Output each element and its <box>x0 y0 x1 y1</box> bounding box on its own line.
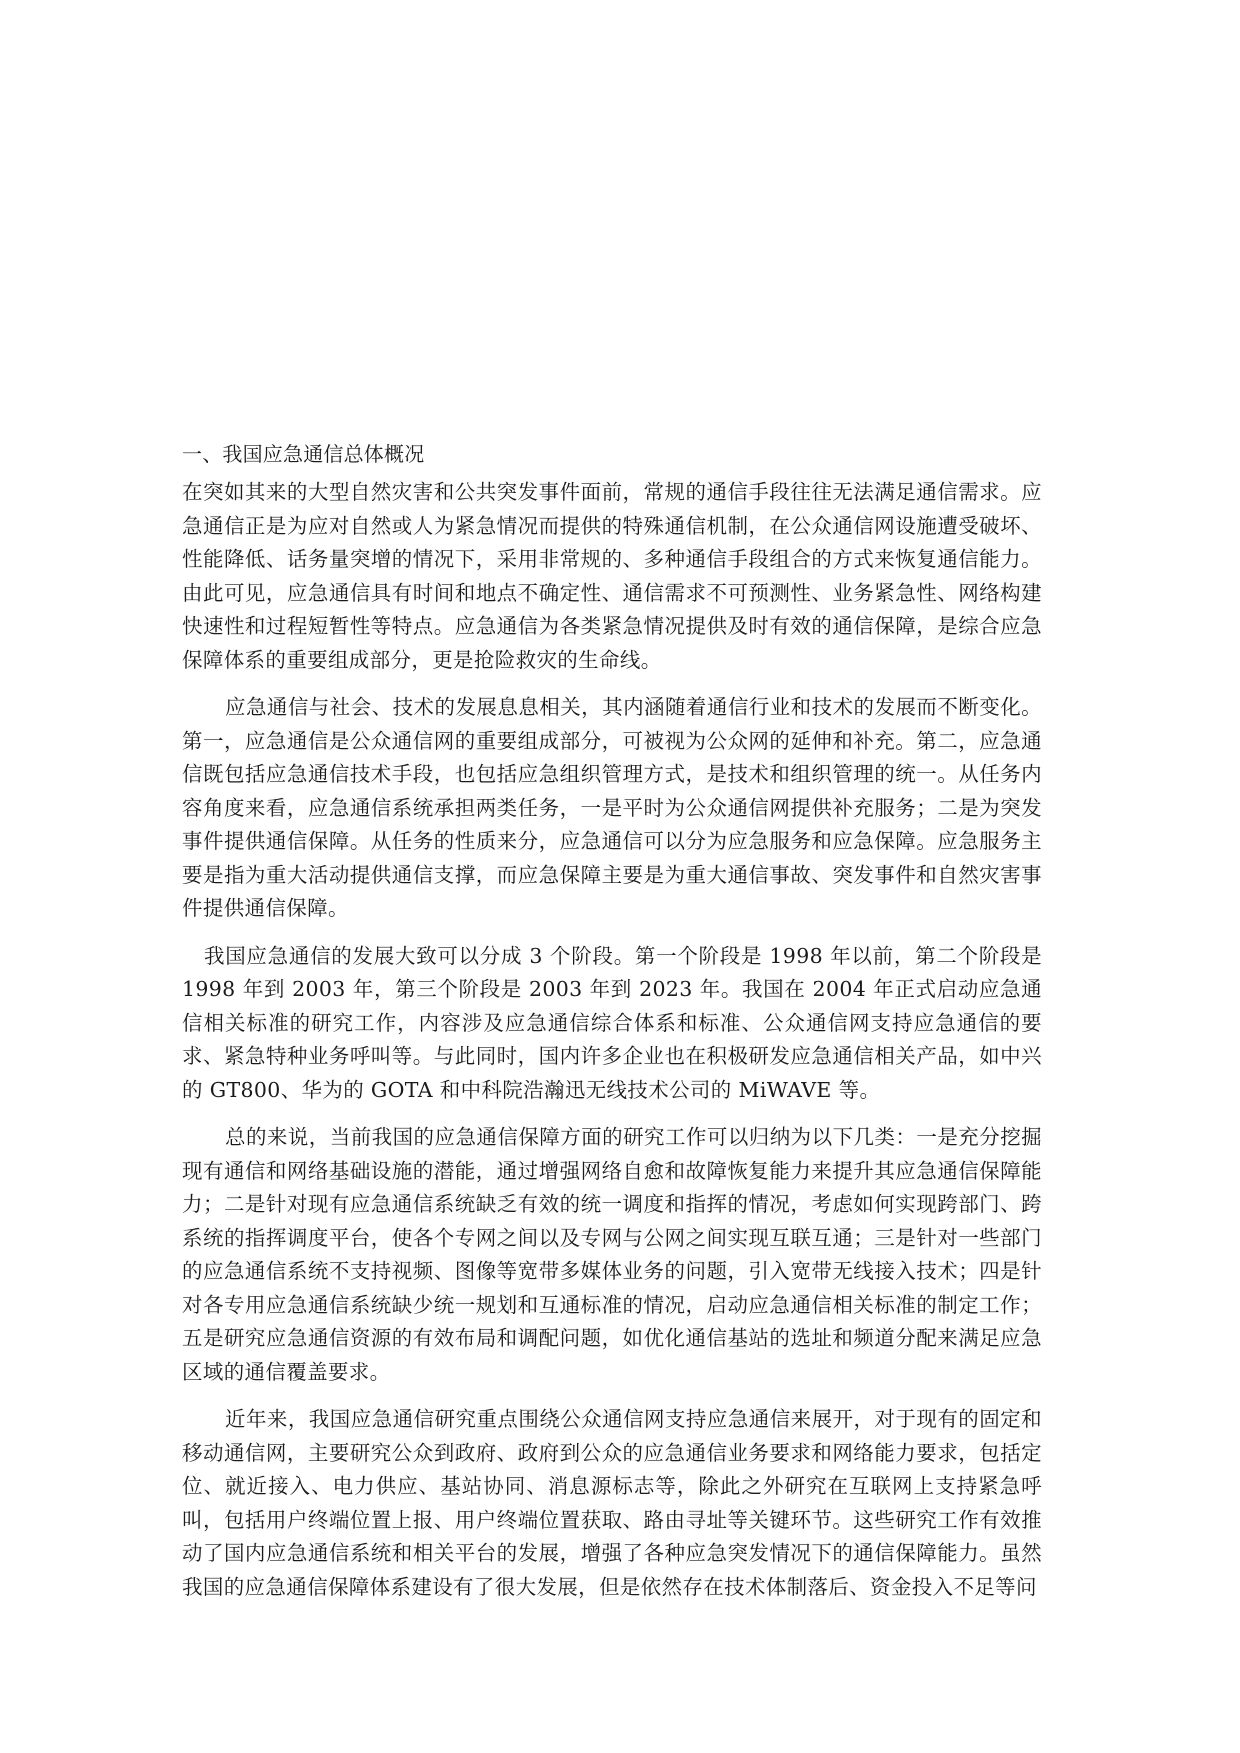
document-page: 一、我国应急通信总体概况 在突如其来的大型自然灾害和公共突发事件面前，常规的通信… <box>182 437 1042 1618</box>
paragraph-recent-research: 近年来，我国应急通信研究重点围绕公众通信网支持应急通信来展开，对于现有的固定和移… <box>182 1403 1042 1604</box>
paragraph-research-summary: 总的来说，当前我国的应急通信保障方面的研究工作可以归纳为以下几类：一是充分挖掘现… <box>182 1121 1042 1389</box>
paragraph-overview: 在突如其来的大型自然灾害和公共突发事件面前，常规的通信手段往往无法满足通信需求。… <box>182 476 1042 677</box>
paragraph-development: 应急通信与社会、技术的发展息息相关，其内涵随着通信行业和技术的发展而不断变化。第… <box>182 691 1042 926</box>
section-heading: 一、我国应急通信总体概况 <box>182 437 1042 471</box>
paragraph-stages: 我国应急通信的发展大致可以分成 3 个阶段。第一个阶段是 1998 年以前，第二… <box>182 940 1042 1108</box>
